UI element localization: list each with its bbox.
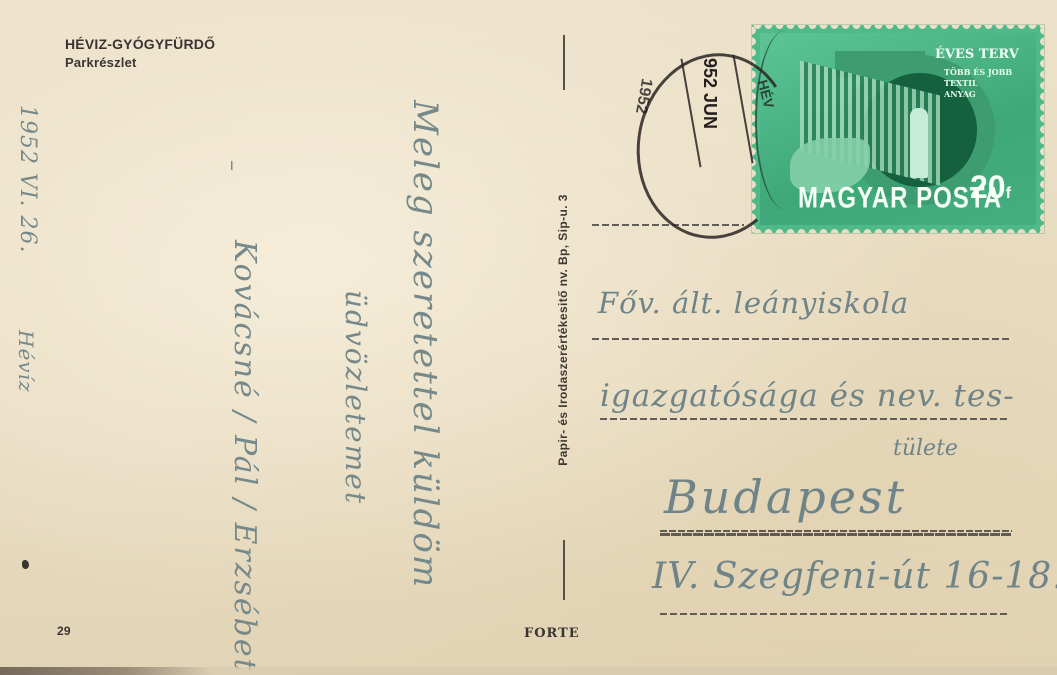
message-dash: – <box>220 160 245 171</box>
address-rule-1 <box>592 338 1010 340</box>
stamp-slogan-2: TEXTIL <box>944 78 978 88</box>
address-rule-3 <box>660 530 1012 536</box>
address-line-city: Budapest <box>664 470 907 524</box>
divider-top <box>563 35 565 90</box>
stamp-slogan-3: ANYAG <box>944 89 976 99</box>
card-number: 29 <box>57 624 71 638</box>
divider-bottom <box>563 540 565 600</box>
brand-forte: FORTE <box>524 626 580 641</box>
message-line-3: Kovácsné / Pál / Erzsébet <box>227 240 262 673</box>
message-line-2: üdvözletemet <box>339 290 372 505</box>
message-place: Hévíz <box>14 330 38 393</box>
stamp-slogan-1: TÖBB ÉS JOBB <box>944 67 1012 77</box>
stamp-unit: f <box>1006 185 1011 202</box>
stamp-denomination: 20f <box>970 169 1011 206</box>
message-date: 1952 VI. 26. <box>15 105 40 254</box>
ink-blot <box>22 560 29 569</box>
address-line-3: tülete <box>893 436 958 461</box>
stamp-plan-label: ÉVES TERV <box>935 47 1019 62</box>
address-rule-2 <box>600 418 1010 420</box>
stamp-worker-figure <box>910 108 928 178</box>
card-bottom-edge <box>0 667 1057 675</box>
postcard-back: HÉVIZ-GYÓGYFÜRDŐ Parkrészlet 29 FORTE Pa… <box>0 0 1057 675</box>
publisher-imprint: Papir- és Irodaszerértékesitő nv. Bp, Si… <box>556 194 570 466</box>
stamp-value: 20 <box>970 169 1006 205</box>
address-rule-4 <box>660 613 1009 615</box>
address-line-1: Főv. ált. leányiskola <box>598 286 909 320</box>
address-line-street: IV. Szegfeni-út 16-18. <box>652 556 1057 597</box>
address-line-2: igazgatósága és nev. tes- <box>600 378 1015 414</box>
printed-subtitle: Parkrészlet <box>65 55 137 70</box>
printed-title: HÉVIZ-GYÓGYFÜRDŐ <box>65 36 215 52</box>
postmark-date: 952 JUN <box>699 58 720 129</box>
message-line-1: Meleg szeretettel küldöm <box>405 100 445 589</box>
